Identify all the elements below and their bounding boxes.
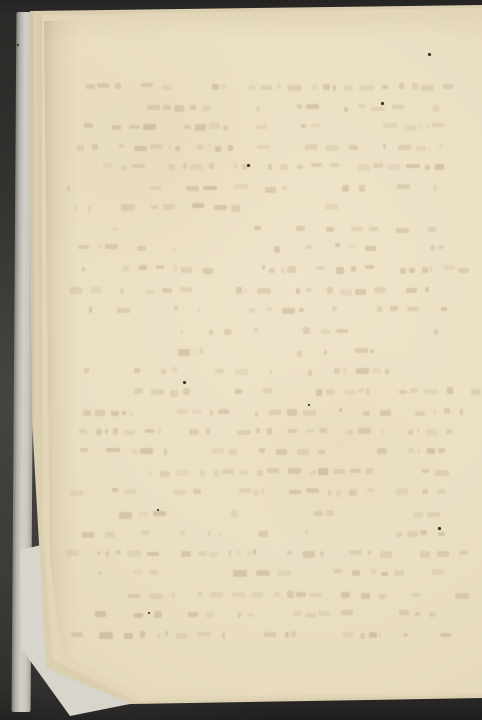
bleedthrough-mark bbox=[134, 368, 141, 373]
bleedthrough-mark bbox=[202, 106, 212, 110]
bleedthrough-mark bbox=[248, 85, 255, 90]
bleedthrough-mark bbox=[471, 389, 480, 395]
bleedthrough-mark bbox=[151, 205, 159, 209]
bleedthrough-mark bbox=[147, 552, 159, 556]
bleedthrough-mark bbox=[244, 289, 247, 294]
bleedthrough-mark bbox=[214, 205, 228, 211]
bleedthrough-mark bbox=[291, 631, 296, 637]
bleedthrough-mark bbox=[327, 287, 333, 294]
bleedthrough-mark bbox=[132, 449, 137, 454]
bleedthrough-mark bbox=[303, 551, 315, 558]
bleedthrough-mark bbox=[352, 570, 359, 577]
bleedthrough-mark bbox=[424, 389, 438, 394]
bleedthrough-mark bbox=[173, 490, 185, 496]
bleedthrough-mark bbox=[115, 550, 121, 554]
bleedthrough-mark bbox=[297, 351, 302, 357]
bleedthrough-mark bbox=[432, 123, 444, 128]
bleedthrough-mark bbox=[305, 144, 319, 150]
bleedthrough-mark bbox=[77, 145, 84, 152]
bleedthrough-mark bbox=[344, 85, 353, 91]
bleedthrough-mark bbox=[119, 512, 133, 519]
bleedthrough-mark bbox=[270, 370, 273, 375]
bleedthrough-mark bbox=[88, 206, 91, 212]
bleedthrough-mark bbox=[296, 288, 301, 294]
bleedthrough-mark bbox=[209, 123, 220, 130]
bleedthrough-mark bbox=[168, 164, 175, 171]
bleedthrough-mark bbox=[443, 265, 456, 269]
bleedthrough-mark bbox=[428, 227, 437, 232]
bleedthrough-mark bbox=[256, 570, 270, 576]
bleedthrough-mark bbox=[341, 592, 350, 598]
bleedthrough-mark bbox=[122, 266, 129, 271]
bleedthrough-mark bbox=[176, 633, 187, 639]
bleedthrough-mark bbox=[134, 388, 143, 395]
bleedthrough-mark bbox=[235, 389, 242, 395]
bleedthrough-mark bbox=[381, 572, 388, 576]
bleedthrough-mark bbox=[162, 288, 172, 293]
bleedthrough-mark bbox=[458, 268, 469, 273]
bleedthrough-mark bbox=[99, 632, 113, 639]
bleedthrough-mark bbox=[160, 471, 169, 478]
bleedthrough-mark bbox=[203, 268, 214, 274]
bleedthrough-mark bbox=[306, 429, 314, 433]
bleedthrough-mark bbox=[415, 411, 425, 417]
bleedthrough-mark bbox=[89, 307, 92, 313]
bleedthrough-mark bbox=[96, 429, 102, 434]
bleedthrough-mark bbox=[278, 570, 291, 575]
bleedthrough-mark bbox=[371, 107, 384, 111]
ink-bleedthrough-layer bbox=[0, 0, 482, 720]
bleedthrough-mark bbox=[161, 369, 166, 374]
bleedthrough-mark bbox=[121, 165, 126, 170]
bleedthrough-mark bbox=[236, 287, 242, 294]
bleedthrough-mark bbox=[150, 594, 163, 599]
bleedthrough-mark bbox=[280, 164, 288, 170]
bleedthrough-mark bbox=[139, 265, 147, 270]
bleedthrough-mark bbox=[269, 268, 275, 273]
bleedthrough-mark bbox=[425, 287, 428, 292]
bleedthrough-mark bbox=[124, 489, 137, 495]
bleedthrough-mark bbox=[252, 592, 264, 596]
bleedthrough-mark bbox=[420, 551, 430, 558]
bleedthrough-mark bbox=[174, 246, 177, 251]
bleedthrough-mark bbox=[301, 124, 306, 128]
bleedthrough-mark bbox=[158, 633, 161, 639]
bleedthrough-mark bbox=[355, 348, 368, 353]
bleedthrough-mark bbox=[184, 125, 191, 129]
bleedthrough-mark bbox=[181, 267, 192, 274]
bleedthrough-mark bbox=[229, 550, 231, 556]
bleedthrough-mark bbox=[162, 85, 173, 90]
bleedthrough-mark bbox=[444, 408, 450, 413]
bleedthrough-mark bbox=[238, 612, 242, 618]
bleedthrough-mark bbox=[143, 124, 156, 130]
bleedthrough-mark bbox=[200, 470, 205, 477]
bleedthrough-mark bbox=[299, 308, 304, 312]
bleedthrough-mark bbox=[334, 569, 343, 573]
bleedthrough-mark bbox=[343, 368, 346, 375]
bleedthrough-mark bbox=[146, 290, 155, 294]
bleedthrough-mark bbox=[180, 330, 183, 335]
bleedthrough-mark bbox=[296, 592, 306, 597]
bleedthrough-mark bbox=[282, 186, 287, 190]
bleedthrough-mark bbox=[208, 531, 210, 536]
bleedthrough-mark bbox=[234, 163, 237, 169]
bleedthrough-mark bbox=[314, 511, 322, 516]
bleedthrough-mark bbox=[261, 85, 272, 90]
bleedthrough-mark bbox=[437, 551, 449, 558]
bleedthrough-mark bbox=[370, 349, 374, 353]
bleedthrough-mark bbox=[408, 448, 414, 453]
bleedthrough-mark bbox=[239, 488, 250, 494]
bleedthrough-mark bbox=[370, 569, 378, 574]
bleedthrough-mark bbox=[412, 83, 418, 89]
bleedthrough-mark bbox=[237, 430, 251, 435]
bleedthrough-mark bbox=[404, 125, 416, 131]
bleedthrough-mark bbox=[253, 489, 260, 496]
bleedthrough-mark bbox=[105, 532, 115, 539]
bleedthrough-mark bbox=[358, 104, 366, 108]
bleedthrough-mark bbox=[351, 227, 363, 231]
bleedthrough-mark bbox=[132, 164, 145, 168]
bleedthrough-mark bbox=[303, 410, 317, 416]
bleedthrough-mark bbox=[105, 244, 118, 249]
bleedthrough-mark bbox=[336, 329, 348, 334]
bleedthrough-mark bbox=[128, 550, 142, 557]
bleedthrough-mark bbox=[193, 350, 196, 354]
bleedthrough-mark bbox=[439, 144, 443, 148]
bleedthrough-mark bbox=[349, 245, 356, 249]
bleedthrough-mark bbox=[316, 389, 322, 396]
bleedthrough-mark bbox=[82, 267, 85, 273]
bleedthrough-mark bbox=[390, 306, 398, 312]
bleedthrough-mark bbox=[336, 267, 344, 274]
bleedthrough-mark bbox=[320, 551, 324, 557]
bleedthrough-mark bbox=[427, 448, 436, 454]
bleedthrough-mark bbox=[164, 449, 167, 455]
bleedthrough-mark bbox=[435, 470, 449, 477]
bleedthrough-mark bbox=[195, 124, 206, 131]
bleedthrough-mark bbox=[97, 551, 100, 556]
bleedthrough-mark bbox=[410, 388, 419, 393]
bleedthrough-mark bbox=[427, 124, 429, 128]
bleedthrough-mark bbox=[257, 145, 269, 149]
bleedthrough-mark bbox=[335, 243, 341, 247]
bleedthrough-mark bbox=[379, 633, 382, 639]
bleedthrough-mark bbox=[237, 550, 240, 555]
bleedthrough-mark bbox=[379, 594, 386, 599]
bleedthrough-mark bbox=[429, 612, 437, 617]
bleedthrough-mark bbox=[151, 389, 163, 394]
bleedthrough-mark bbox=[282, 308, 295, 315]
bleedthrough-mark bbox=[342, 632, 355, 638]
bleedthrough-mark bbox=[334, 368, 341, 375]
bleedthrough-mark bbox=[287, 266, 296, 273]
bleedthrough-mark bbox=[134, 146, 147, 151]
bleedthrough-mark bbox=[256, 125, 268, 129]
bleedthrough-mark bbox=[111, 411, 119, 417]
bleedthrough-mark bbox=[285, 632, 289, 638]
bleedthrough-mark bbox=[336, 490, 342, 497]
bleedthrough-mark bbox=[433, 105, 439, 112]
bleedthrough-mark bbox=[254, 226, 261, 231]
bleedthrough-mark bbox=[342, 185, 350, 192]
bleedthrough-mark bbox=[289, 490, 302, 494]
bleedthrough-mark bbox=[229, 449, 237, 455]
bleedthrough-mark bbox=[287, 409, 297, 416]
bleedthrough-mark bbox=[113, 428, 119, 435]
bleedthrough-mark bbox=[149, 570, 158, 575]
bleedthrough-mark bbox=[392, 105, 404, 109]
bleedthrough-mark bbox=[460, 409, 463, 415]
bleedthrough-mark bbox=[92, 144, 98, 150]
bleedthrough-mark bbox=[326, 510, 334, 516]
bleedthrough-mark bbox=[121, 204, 135, 211]
bleedthrough-mark bbox=[426, 429, 437, 436]
bleedthrough-mark bbox=[430, 266, 433, 272]
bleedthrough-mark bbox=[403, 633, 408, 638]
bleedthrough-mark bbox=[277, 84, 280, 89]
bleedthrough-mark bbox=[311, 123, 320, 128]
bleedthrough-mark bbox=[214, 470, 219, 477]
bleedthrough-mark bbox=[396, 228, 409, 233]
bleedthrough-mark bbox=[200, 348, 202, 354]
bleedthrough-mark bbox=[91, 287, 101, 293]
bleedthrough-mark bbox=[174, 305, 179, 310]
bleedthrough-mark bbox=[147, 105, 161, 110]
bleedthrough-mark bbox=[344, 107, 348, 112]
bleedthrough-mark bbox=[288, 468, 302, 475]
bleedthrough-mark bbox=[369, 632, 377, 638]
bleedthrough-mark bbox=[98, 571, 103, 575]
bleedthrough-mark bbox=[417, 429, 420, 433]
bleedthrough-mark bbox=[430, 245, 434, 251]
scanned-page-view bbox=[0, 0, 482, 720]
bleedthrough-mark bbox=[203, 186, 217, 191]
bleedthrough-mark bbox=[198, 307, 201, 313]
bleedthrough-mark bbox=[112, 488, 118, 493]
bleedthrough-mark bbox=[332, 306, 337, 311]
bleedthrough-mark bbox=[365, 246, 377, 252]
bleedthrough-mark bbox=[174, 265, 177, 272]
page bbox=[0, 0, 482, 720]
bleedthrough-mark bbox=[287, 550, 293, 555]
bleedthrough-mark bbox=[440, 633, 452, 637]
bleedthrough-mark bbox=[383, 144, 387, 149]
bleedthrough-mark bbox=[231, 510, 238, 517]
bleedthrough-mark bbox=[420, 530, 427, 535]
bleedthrough-mark bbox=[305, 529, 308, 535]
bleedthrough-mark bbox=[228, 145, 233, 151]
bleedthrough-mark bbox=[165, 631, 168, 636]
bleedthrough-mark bbox=[438, 489, 445, 495]
bleedthrough-mark bbox=[422, 267, 428, 273]
bleedthrough-mark bbox=[415, 612, 419, 616]
bleedthrough-mark bbox=[222, 632, 225, 639]
bleedthrough-mark bbox=[358, 164, 370, 171]
bleedthrough-mark bbox=[396, 488, 408, 495]
bleedthrough-mark bbox=[105, 429, 108, 434]
bleedthrough-mark bbox=[296, 226, 305, 231]
bleedthrough-mark bbox=[148, 471, 151, 477]
bleedthrough-mark bbox=[231, 205, 240, 212]
bleedthrough-mark bbox=[305, 245, 312, 249]
bleedthrough-mark bbox=[276, 449, 287, 456]
bleedthrough-mark bbox=[224, 329, 231, 335]
bleedthrough-mark bbox=[83, 410, 91, 416]
bleedthrough-mark bbox=[400, 268, 406, 274]
bleedthrough-mark bbox=[234, 184, 247, 190]
ink-speck bbox=[183, 381, 186, 384]
bleedthrough-mark bbox=[412, 593, 420, 597]
bleedthrough-mark bbox=[78, 245, 89, 250]
bleedthrough-mark bbox=[361, 593, 370, 599]
ink-speck bbox=[157, 509, 159, 511]
bleedthrough-mark bbox=[331, 163, 340, 167]
bleedthrough-mark bbox=[308, 370, 311, 376]
bleedthrough-mark bbox=[341, 610, 353, 615]
bleedthrough-mark bbox=[262, 265, 265, 270]
bleedthrough-mark bbox=[198, 592, 203, 597]
bleedthrough-mark bbox=[235, 369, 248, 376]
bleedthrough-mark bbox=[345, 390, 355, 395]
bleedthrough-mark bbox=[377, 306, 382, 312]
bleedthrough-mark bbox=[192, 203, 204, 208]
bleedthrough-mark bbox=[269, 410, 281, 415]
bleedthrough-mark bbox=[407, 307, 418, 311]
bleedthrough-mark bbox=[219, 532, 223, 536]
bleedthrough-mark bbox=[174, 105, 185, 112]
bleedthrough-mark bbox=[190, 105, 196, 111]
bleedthrough-mark bbox=[82, 532, 95, 538]
bleedthrough-mark bbox=[325, 204, 338, 210]
bleedthrough-mark bbox=[218, 409, 228, 414]
bleedthrough-mark bbox=[180, 287, 193, 292]
bleedthrough-mark bbox=[71, 632, 83, 637]
bleedthrough-mark bbox=[158, 428, 161, 433]
bleedthrough-mark bbox=[242, 164, 247, 170]
bleedthrough-mark bbox=[399, 610, 409, 615]
bleedthrough-mark bbox=[106, 551, 109, 557]
bleedthrough-mark bbox=[380, 551, 392, 558]
bleedthrough-mark bbox=[429, 146, 431, 152]
bleedthrough-mark bbox=[70, 287, 83, 294]
bleedthrough-mark bbox=[249, 308, 255, 313]
bleedthrough-mark bbox=[303, 327, 310, 333]
bleedthrough-mark bbox=[221, 85, 226, 89]
bleedthrough-mark bbox=[124, 430, 136, 435]
bleedthrough-mark bbox=[421, 85, 434, 91]
bleedthrough-mark bbox=[333, 85, 336, 91]
bleedthrough-mark bbox=[169, 145, 171, 150]
bleedthrough-mark bbox=[455, 593, 469, 598]
bleedthrough-mark bbox=[215, 146, 221, 152]
bleedthrough-mark bbox=[122, 411, 126, 415]
bleedthrough-mark bbox=[351, 266, 357, 272]
bleedthrough-mark bbox=[170, 390, 178, 397]
bleedthrough-mark bbox=[106, 448, 120, 452]
bleedthrough-mark bbox=[382, 430, 385, 435]
bleedthrough-mark bbox=[177, 409, 189, 414]
bleedthrough-mark bbox=[128, 594, 140, 599]
bleedthrough-mark bbox=[360, 633, 365, 639]
bleedthrough-mark bbox=[438, 448, 445, 453]
bleedthrough-mark bbox=[363, 411, 370, 416]
bleedthrough-mark bbox=[139, 512, 149, 517]
bleedthrough-mark bbox=[66, 550, 78, 557]
bleedthrough-mark bbox=[368, 550, 371, 556]
bleedthrough-mark bbox=[84, 123, 94, 128]
bleedthrough-mark bbox=[178, 349, 190, 356]
bleedthrough-mark bbox=[380, 410, 392, 416]
bleedthrough-mark bbox=[140, 631, 145, 637]
bleedthrough-mark bbox=[432, 569, 444, 575]
bleedthrough-mark bbox=[209, 330, 214, 336]
bleedthrough-mark bbox=[297, 165, 304, 169]
bleedthrough-mark bbox=[318, 468, 328, 475]
bleedthrough-mark bbox=[347, 430, 353, 435]
bleedthrough-mark bbox=[150, 186, 161, 191]
bleedthrough-mark bbox=[192, 409, 203, 414]
bleedthrough-mark bbox=[438, 532, 446, 536]
bleedthrough-mark bbox=[264, 632, 276, 638]
ink-speck bbox=[17, 44, 19, 46]
bleedthrough-mark bbox=[274, 246, 281, 253]
bleedthrough-mark bbox=[233, 570, 247, 577]
bleedthrough-mark bbox=[254, 328, 258, 332]
bleedthrough-mark bbox=[103, 163, 112, 167]
bleedthrough-mark bbox=[394, 570, 403, 576]
bleedthrough-mark bbox=[248, 613, 253, 617]
bleedthrough-mark bbox=[316, 266, 324, 271]
bleedthrough-mark bbox=[358, 388, 364, 394]
bleedthrough-mark bbox=[397, 184, 410, 189]
bleedthrough-mark bbox=[223, 125, 228, 131]
bleedthrough-mark bbox=[438, 245, 444, 250]
bleedthrough-mark bbox=[141, 530, 149, 534]
bleedthrough-mark bbox=[406, 288, 417, 293]
bleedthrough-mark bbox=[222, 469, 234, 474]
ink-speck bbox=[247, 164, 250, 167]
bleedthrough-mark bbox=[326, 227, 334, 232]
bleedthrough-mark bbox=[186, 186, 199, 192]
bleedthrough-mark bbox=[176, 470, 189, 476]
bleedthrough-mark bbox=[367, 488, 373, 492]
bleedthrough-mark bbox=[210, 592, 223, 599]
ink-speck bbox=[148, 612, 150, 614]
bleedthrough-mark bbox=[399, 390, 407, 394]
bleedthrough-mark bbox=[95, 410, 105, 415]
bleedthrough-mark bbox=[119, 144, 123, 148]
bleedthrough-mark bbox=[190, 164, 204, 169]
bleedthrough-mark bbox=[287, 591, 294, 598]
bleedthrough-mark bbox=[324, 350, 327, 355]
bleedthrough-mark bbox=[256, 106, 261, 112]
bleedthrough-mark bbox=[263, 388, 272, 393]
bleedthrough-mark bbox=[255, 411, 258, 418]
bleedthrough-mark bbox=[133, 569, 142, 574]
bleedthrough-mark bbox=[156, 265, 165, 270]
bleedthrough-mark bbox=[366, 468, 374, 475]
bleedthrough-mark bbox=[323, 84, 330, 90]
bleedthrough-mark bbox=[356, 368, 369, 374]
bleedthrough-mark bbox=[129, 125, 140, 129]
bleedthrough-mark bbox=[115, 83, 120, 89]
bleedthrough-mark bbox=[206, 428, 210, 435]
bleedthrough-mark bbox=[350, 469, 361, 474]
bleedthrough-mark bbox=[373, 163, 383, 168]
bleedthrough-mark bbox=[207, 144, 211, 148]
